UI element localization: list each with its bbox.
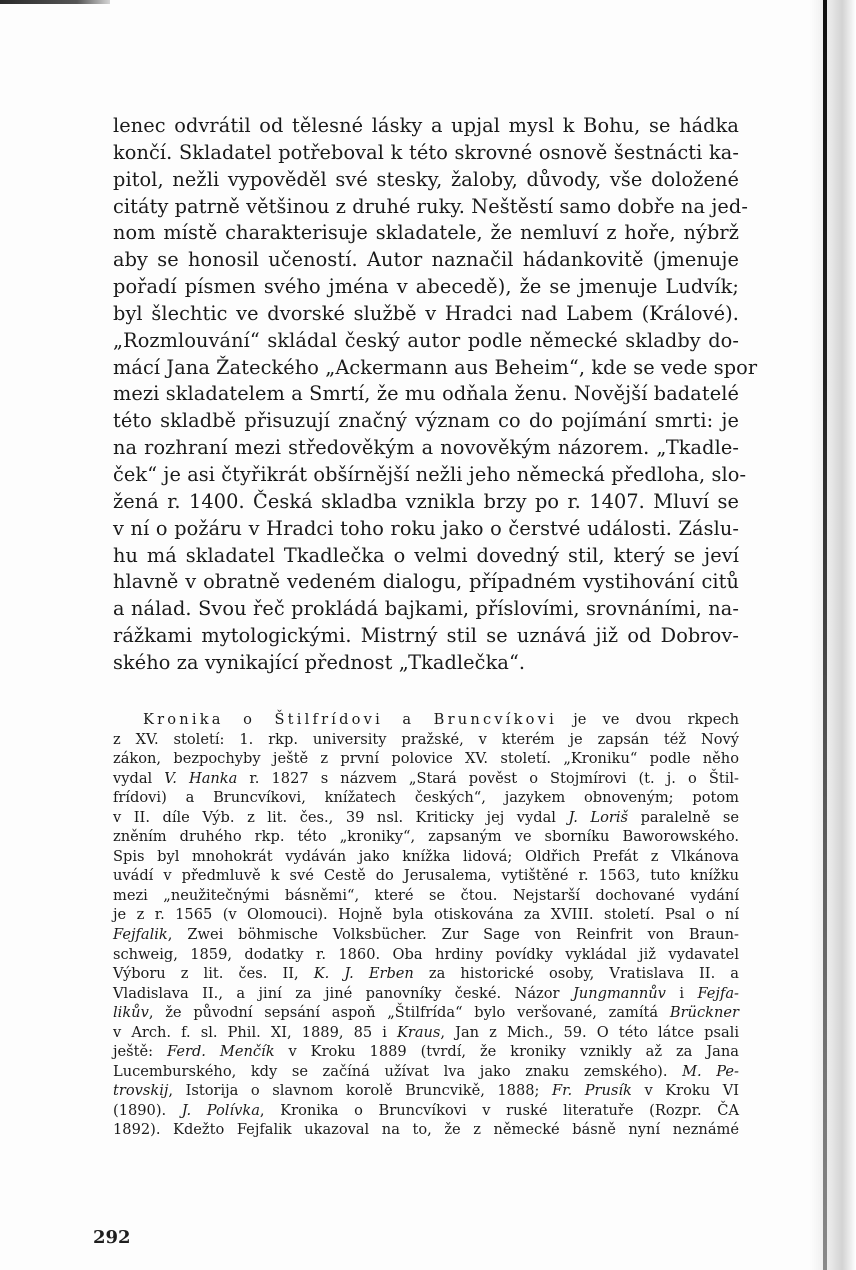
note-heading: Kronika o Štilfrídovi a Bruncvíkovi (143, 711, 557, 728)
binding-edge (823, 0, 827, 1270)
note-segment: Vladislava II., a jiní za jiné panovníky… (113, 985, 573, 1002)
scan-edge-smudge (0, 0, 110, 4)
note-italic-name: M. Pe- (682, 1063, 739, 1080)
note-segment: , Zwei böhmische Volksbücher. Zur Sage v… (168, 926, 739, 943)
note-line: v Arch. f. sl. Phil. XI, 1889, 85 i Krau… (113, 1023, 739, 1043)
note-segment: Lucemburského, kdy se začíná užívat lva … (113, 1063, 682, 1080)
note-line: Fejfalik, Zwei böhmische Volksbücher. Zu… (113, 925, 739, 945)
note-segment: Výboru z lit. čes. II, (113, 965, 314, 982)
note-line: frídovi) a Bruncvíkovi, knížatech českýc… (113, 788, 739, 808)
note-line: z XV. století: 1. rkp. university pražsk… (113, 730, 739, 750)
body-line: ček“ je asi čtyřikrát obšírnější nežli j… (113, 462, 739, 489)
body-line: ského za vynikající přednost „Tkadlečka“… (113, 650, 739, 677)
note-line: Lucemburského, kdy se začíná užívat lva … (113, 1062, 739, 1082)
note-segment: v Kroku 1889 (tvrdí, že kroniky vznikly … (275, 1043, 739, 1060)
note-line: Vladislava II., a jiní za jiné panovníky… (113, 984, 739, 1004)
note-italic-name: Kraus (397, 1024, 440, 1041)
body-line: „Rozmlouvání“ skládal český autor podle … (113, 328, 739, 355)
note-segment: je ve dvou rkpech (557, 711, 739, 728)
note-segment: mezi „neužitečnými básněmi“, které se čt… (113, 887, 739, 904)
note-segment: zněním druhého rkp. této „kroniky“, zaps… (113, 828, 739, 845)
note-segment: Spis byl mnohokrát vydáván jako knížka l… (113, 848, 739, 865)
note-segment: frídovi) a Bruncvíkovi, knížatech českýc… (113, 789, 739, 806)
note-italic-name: Jungmannův (573, 985, 666, 1002)
note-line: zákon, bezpochyby ještě z první polovice… (113, 749, 739, 769)
note-line: (1890). J. Polívka, Kronika o Bruncvíkov… (113, 1101, 739, 1121)
note-line: ještě: Ferd. Menčík v Kroku 1889 (tvrdí,… (113, 1042, 739, 1062)
note-line: 1892). Kdežto Fejfalik ukazoval na to, ž… (113, 1120, 739, 1140)
note-segment: v II. díle Výb. z lit. čes., 39 nsl. Kri… (113, 809, 569, 826)
body-line: na rozhraní mezi středověkým a novověkým… (113, 435, 739, 462)
body-line: nom místě charakterisuje skladatele, že … (113, 220, 739, 247)
body-line: lenec odvrátil od tělesné lásky a upjal … (113, 113, 739, 140)
body-line: hu má skladatel Tkadlečka o velmi dovedn… (113, 543, 739, 570)
note-italic-name: K. J. Erben (314, 965, 414, 982)
note-line: schweig, 1859, dodatky r. 1860. Oba hrdi… (113, 945, 739, 965)
bibliographic-notes: Kronika o Štilfrídovi a Bruncvíkovi je v… (113, 710, 739, 1140)
note-segment: , Kronika o Bruncvíkovi v ruské literatu… (260, 1102, 739, 1119)
note-segment: v Kroku VI (632, 1082, 739, 1099)
note-line: v II. díle Výb. z lit. čes., 39 nsl. Kri… (113, 808, 739, 828)
note-segment: v Arch. f. sl. Phil. XI, 1889, 85 i (113, 1024, 397, 1041)
body-line: žená r. 1400. Česká skladba vznikla brzy… (113, 489, 739, 516)
note-italic-name: Fejfa- (697, 985, 739, 1002)
body-line: v ní o požáru v Hradci toho roku jako o … (113, 516, 739, 543)
body-line: této skladbě přisuzují značný význam co … (113, 408, 739, 435)
note-segment: r. 1827 s názvem „Stará pověst o Stojmír… (237, 770, 739, 787)
note-segment: 1892). Kdežto Fejfalik ukazoval na to, ž… (113, 1121, 739, 1138)
body-line: byl šlechtic ve dvorské službě v Hradci … (113, 301, 739, 328)
body-line: a nálad. Svou řeč prokládá bajkami, přís… (113, 596, 739, 623)
note-italic-name: V. Hanka (164, 770, 237, 787)
note-line: Spis byl mnohokrát vydáván jako knížka l… (113, 847, 739, 867)
note-segment: z XV. století: 1. rkp. university pražsk… (113, 731, 739, 748)
note-segment: , že původní sepsání aspoň „Štilfrída“ b… (149, 1004, 670, 1021)
book-page: lenec odvrátil od tělesné lásky a upjal … (0, 0, 856, 1270)
note-segment: vydal (113, 770, 164, 787)
note-segment: , Istorija o slavnom korolě Bruncvikě, 1… (168, 1082, 552, 1099)
main-text: lenec odvrátil od tělesné lásky a upjal … (113, 113, 739, 677)
note-line: Kronika o Štilfrídovi a Bruncvíkovi je v… (113, 710, 739, 730)
note-line: vydal V. Hanka r. 1827 s názvem „Stará p… (113, 769, 739, 789)
body-line: pořadí písmen svého jména v abecedě), že… (113, 274, 739, 301)
note-italic-name: Brückner (670, 1004, 739, 1021)
body-line: rážkami mytologickými. Mistrný stil se u… (113, 623, 739, 650)
body-line: končí. Skladatel potřeboval k této skrov… (113, 140, 739, 167)
note-line: uvádí v předmluvě k své Cestě do Jerusal… (113, 866, 739, 886)
note-line: mezi „neužitečnými básněmi“, které se čt… (113, 886, 739, 906)
body-line: citáty patrně většinou z druhé ruky. Neš… (113, 194, 739, 221)
note-italic-name: Fr. Prusík (552, 1082, 632, 1099)
body-line: pitol, nežli vypověděl své stesky, žalob… (113, 167, 739, 194)
note-segment: i (666, 985, 698, 1002)
body-line: aby se honosil učeností. Autor naznačil … (113, 247, 739, 274)
note-segment: ještě: (113, 1043, 167, 1060)
note-italic-name: Fejfalik (113, 926, 168, 943)
note-segment: je ve dvou rkpech (557, 711, 739, 728)
note-line: je z r. 1565 (v Olomouci). Hojně byla ot… (113, 905, 739, 925)
note-italic-name: trovskij (113, 1082, 168, 1099)
note-italic-name: likův (113, 1004, 149, 1021)
note-segment: paralelně se (628, 809, 739, 826)
note-italic-name: J. Loriš (569, 809, 629, 826)
body-line: mezi skladatelem a Smrtí, že mu odňala ž… (113, 381, 739, 408)
note-segment: schweig, 1859, dodatky r. 1860. Oba hrdi… (113, 946, 739, 963)
note-segment: za historické osoby, Vratislava II. a (414, 965, 739, 982)
body-line: mácí Jana Žateckého „Ackermann aus Behei… (113, 355, 739, 382)
note-segment: zákon, bezpochyby ještě z první polovice… (113, 750, 739, 767)
note-segment: uvádí v předmluvě k své Cestě do Jerusal… (113, 867, 739, 884)
note-segment: , Jan z Mich., 59. O této látce psali (440, 1024, 739, 1041)
note-italic-name: Ferd. Menčík (167, 1043, 275, 1060)
note-italic-name: J. Polívka (182, 1102, 260, 1119)
note-line: Výboru z lit. čes. II, K. J. Erben za hi… (113, 964, 739, 984)
page-number: 292 (93, 1227, 131, 1248)
note-segment: (1890). (113, 1102, 182, 1119)
note-segment: je z r. 1565 (v Olomouci). Hojně byla ot… (113, 906, 739, 923)
body-line: hlavně v obratně vedeném dialogu, případ… (113, 569, 739, 596)
note-line: trovskij, Istorija o slavnom korolě Brun… (113, 1081, 739, 1101)
binding-shadow (810, 0, 856, 1270)
note-line: zněním druhého rkp. této „kroniky“, zaps… (113, 827, 739, 847)
note-line: likův, že původní sepsání aspoň „Štilfrí… (113, 1003, 739, 1023)
